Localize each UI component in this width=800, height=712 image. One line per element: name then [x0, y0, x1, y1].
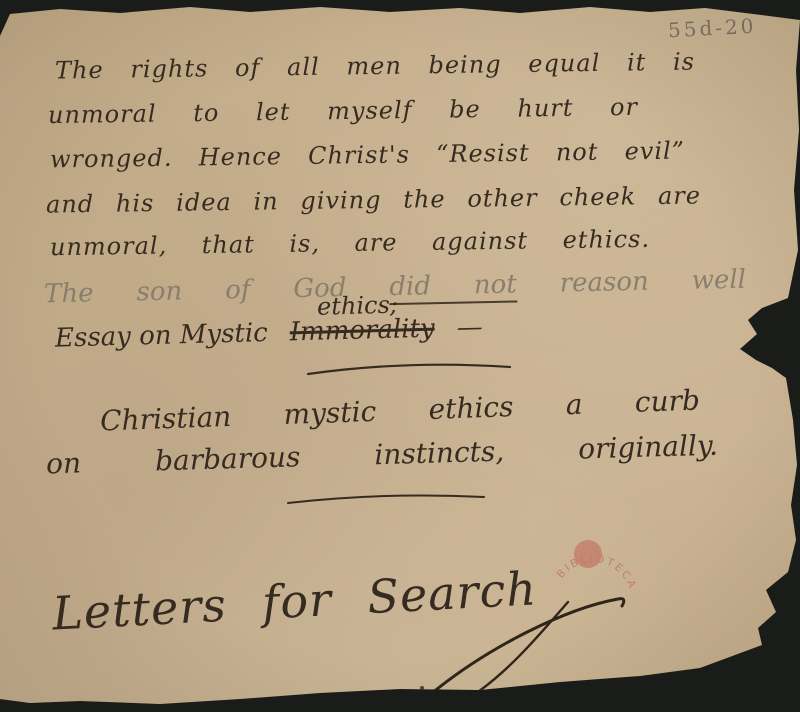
struck-word-wrap: ethics; Immorality: [289, 314, 435, 348]
pencil-annotation-suffix: reason well: [559, 265, 746, 299]
pencil-annotation-prefix: The son of God: [44, 273, 347, 309]
manuscript-line-2: unmoral to let myself be hurt or: [48, 93, 638, 129]
title-revision-prefix: Essay on Mystic: [55, 318, 268, 354]
title-revision-line: Essay on Mystic ethics; Immorality —: [55, 312, 481, 353]
ink-divider-icon: [284, 490, 489, 508]
catalog-number: 55d-20: [667, 14, 757, 43]
inserted-correction-word: ethics;: [317, 291, 399, 321]
revision-dash: —: [456, 312, 481, 343]
ink-flourish-icon: [418, 584, 640, 706]
manuscript-line-4: and his idea in giving the other cheek a…: [46, 181, 701, 218]
manuscript-paper: 55d-20 The rights of all men being equal…: [0, 0, 800, 712]
manuscript-line-5: unmoral, that is, are against ethics.: [50, 225, 650, 261]
manuscript-line-3: wronged. Hence Christ's “Resist not evil…: [50, 137, 685, 174]
ink-divider-icon: [302, 358, 517, 380]
note-line-1: Christian mystic ethics a curb: [100, 384, 701, 438]
manuscript-line-1: The rights of all men being equal it is: [55, 48, 695, 85]
pencil-annotation-underlined: did not: [389, 269, 517, 305]
note-line-2: on barbarous instincts, originally.: [46, 429, 719, 481]
ink-speck: [420, 686, 424, 690]
scan-background: 55d-20 The rights of all men being equal…: [0, 0, 800, 712]
